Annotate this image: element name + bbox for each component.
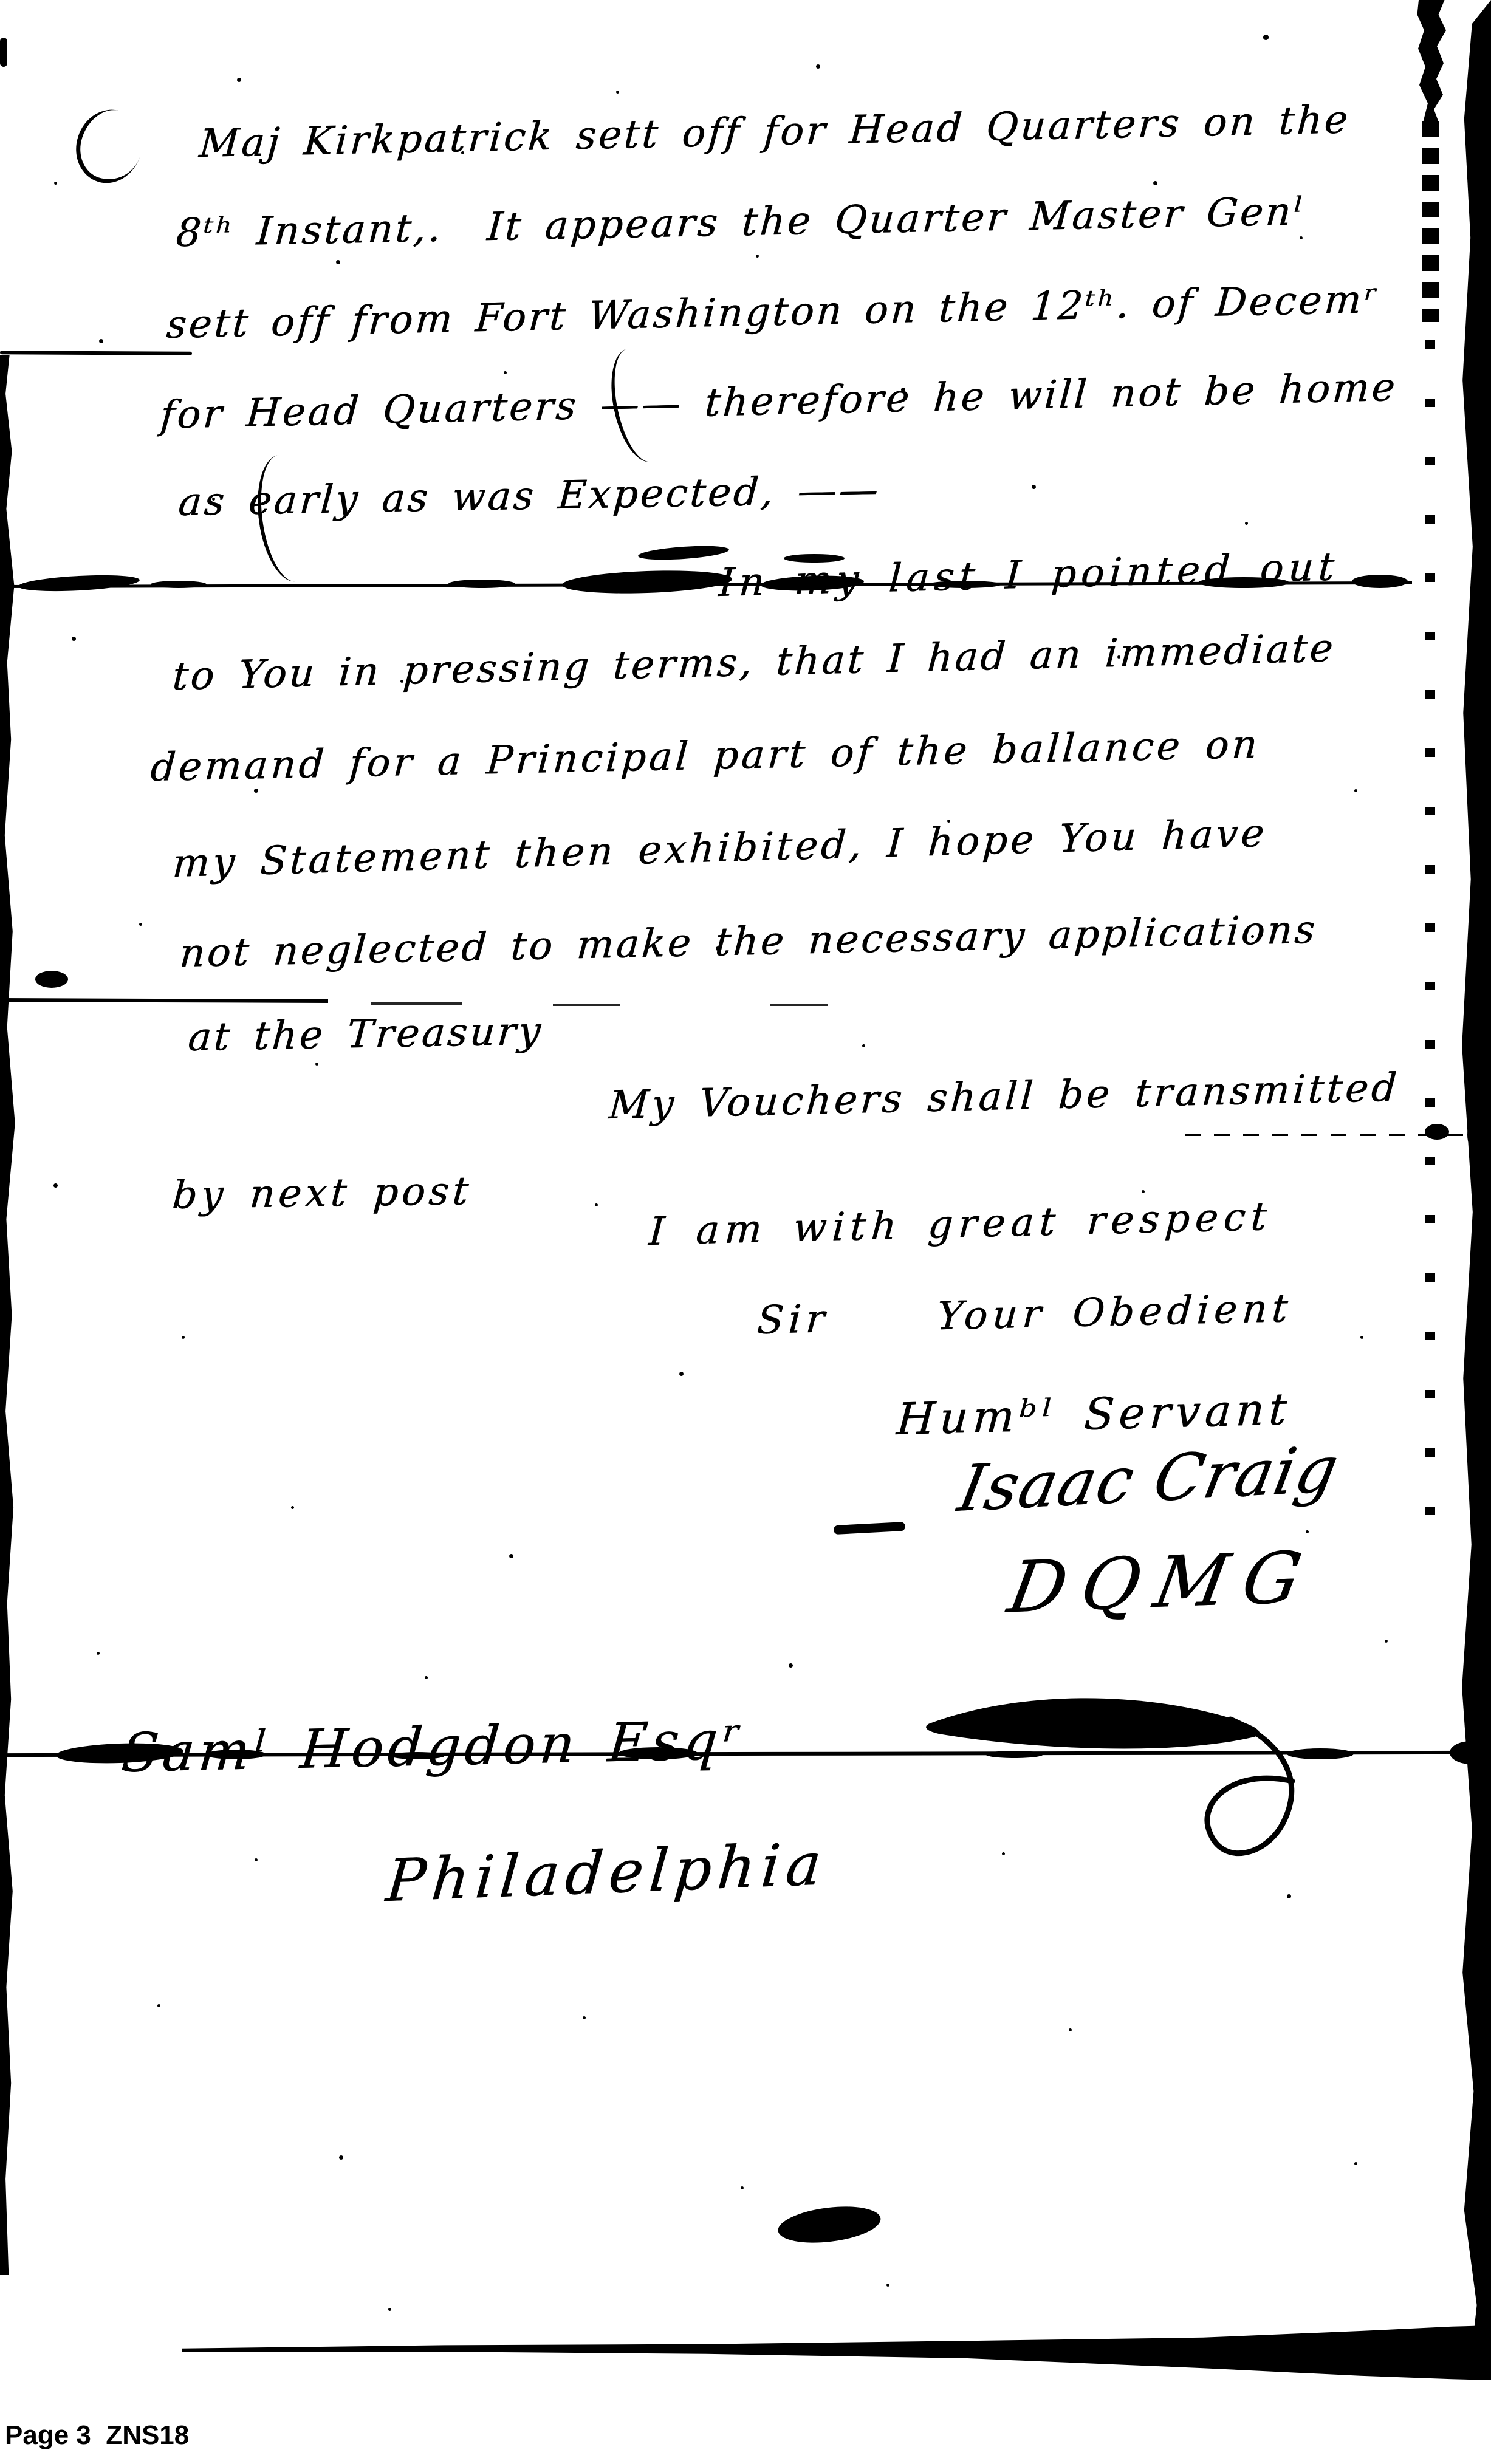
recipient-city-line: Philadelphia — [384, 1835, 829, 1910]
signature-name: Isaac Craig — [954, 1437, 1345, 1521]
descender-stroke-2 — [250, 451, 324, 585]
crease-smudge — [1352, 575, 1408, 588]
scanned-letter-page: Maj Kirkpatrick sett off for Head Quarte… — [0, 0, 1491, 2464]
crease-smudge — [1467, 1119, 1483, 1151]
letter-line-9: my Statement then exhibited, I hope You … — [171, 814, 1268, 883]
letter-line-13: by next post — [171, 1172, 473, 1215]
letter-line-12: My Vouchers shall be transmitted — [608, 1068, 1400, 1125]
scan-artifact-right-inner-band-dots — [1425, 340, 1435, 1531]
crease-smudge — [1287, 1748, 1354, 1759]
crease-smudge — [1450, 1741, 1491, 1764]
crease-smudge — [390, 1752, 445, 1759]
closing-line-obedient: Sir Your Obedient — [756, 1289, 1294, 1340]
letter-line-7: to You in pressing terms, that I had an … — [171, 629, 1336, 696]
fold-crease-mid-left-dash — [371, 1002, 462, 1005]
letter-line-2: 8ᵗʰ Instant,. It appears the Quarter Mas… — [175, 192, 1306, 253]
letter-line-3: sett off from Fort Washington on the 12ᵗ… — [165, 280, 1381, 344]
crease-smudge — [35, 971, 68, 988]
crease-smudge — [985, 1751, 1043, 1758]
crease-smudge — [784, 554, 845, 563]
letter-line-1: Maj Kirkpatrick sett off for Head Quarte… — [198, 100, 1351, 163]
crease-smudge — [448, 580, 515, 588]
crease-smudge — [151, 581, 207, 588]
fold-crease-mid-left-dash — [770, 1004, 828, 1006]
letter-line-11: at the Treasury — [187, 1012, 544, 1057]
signature-lead-dash — [834, 1522, 906, 1535]
page-footer-label: Page 3 ZNS18 — [5, 2420, 189, 2451]
descender-stroke-1 — [602, 343, 676, 467]
fold-crease-mid-left-dash — [553, 1004, 620, 1006]
crease-smudge — [928, 581, 1001, 588]
scan-artifact-left-edge-band — [0, 355, 16, 2275]
ink-blob — [776, 2202, 883, 2248]
crease-smudge — [619, 1747, 698, 1759]
pen-flourish-mark — [67, 101, 151, 191]
signature-title: DQMG — [1003, 1542, 1321, 1623]
fold-crease-top-left — [0, 351, 192, 355]
crease-smudge — [1198, 577, 1289, 588]
scan-artifact-bottom-edge-band — [182, 2325, 1491, 2380]
closing-line-servant: Humᵇˡ Servant — [896, 1387, 1293, 1441]
crease-smudge — [205, 1750, 266, 1759]
fold-crease-mid-left — [0, 998, 328, 1003]
letter-line-8: demand for a Principal part of the balla… — [149, 725, 1261, 787]
letter-line-4: for Head Quarters —— therefore he will n… — [159, 368, 1399, 435]
signature-underline-flourish — [914, 1666, 1315, 1909]
scan-artifact-right-inner-band-mid — [1422, 121, 1439, 322]
scan-artifact-left-edge-nick — [0, 38, 7, 67]
crease-smudge — [637, 544, 729, 562]
scan-artifact-right-edge-band — [1459, 0, 1491, 2377]
scan-artifact-right-inner-band-top — [1416, 0, 1446, 121]
letter-line-10: not neglected to make the necessary appl… — [179, 911, 1318, 973]
crease-smudge — [18, 573, 140, 594]
dust-specks — [0, 0, 2, 2]
closing-line-respect: I am with great respect — [648, 1197, 1273, 1251]
crease-smudge — [561, 568, 732, 596]
crease-smudge — [1425, 1124, 1449, 1140]
